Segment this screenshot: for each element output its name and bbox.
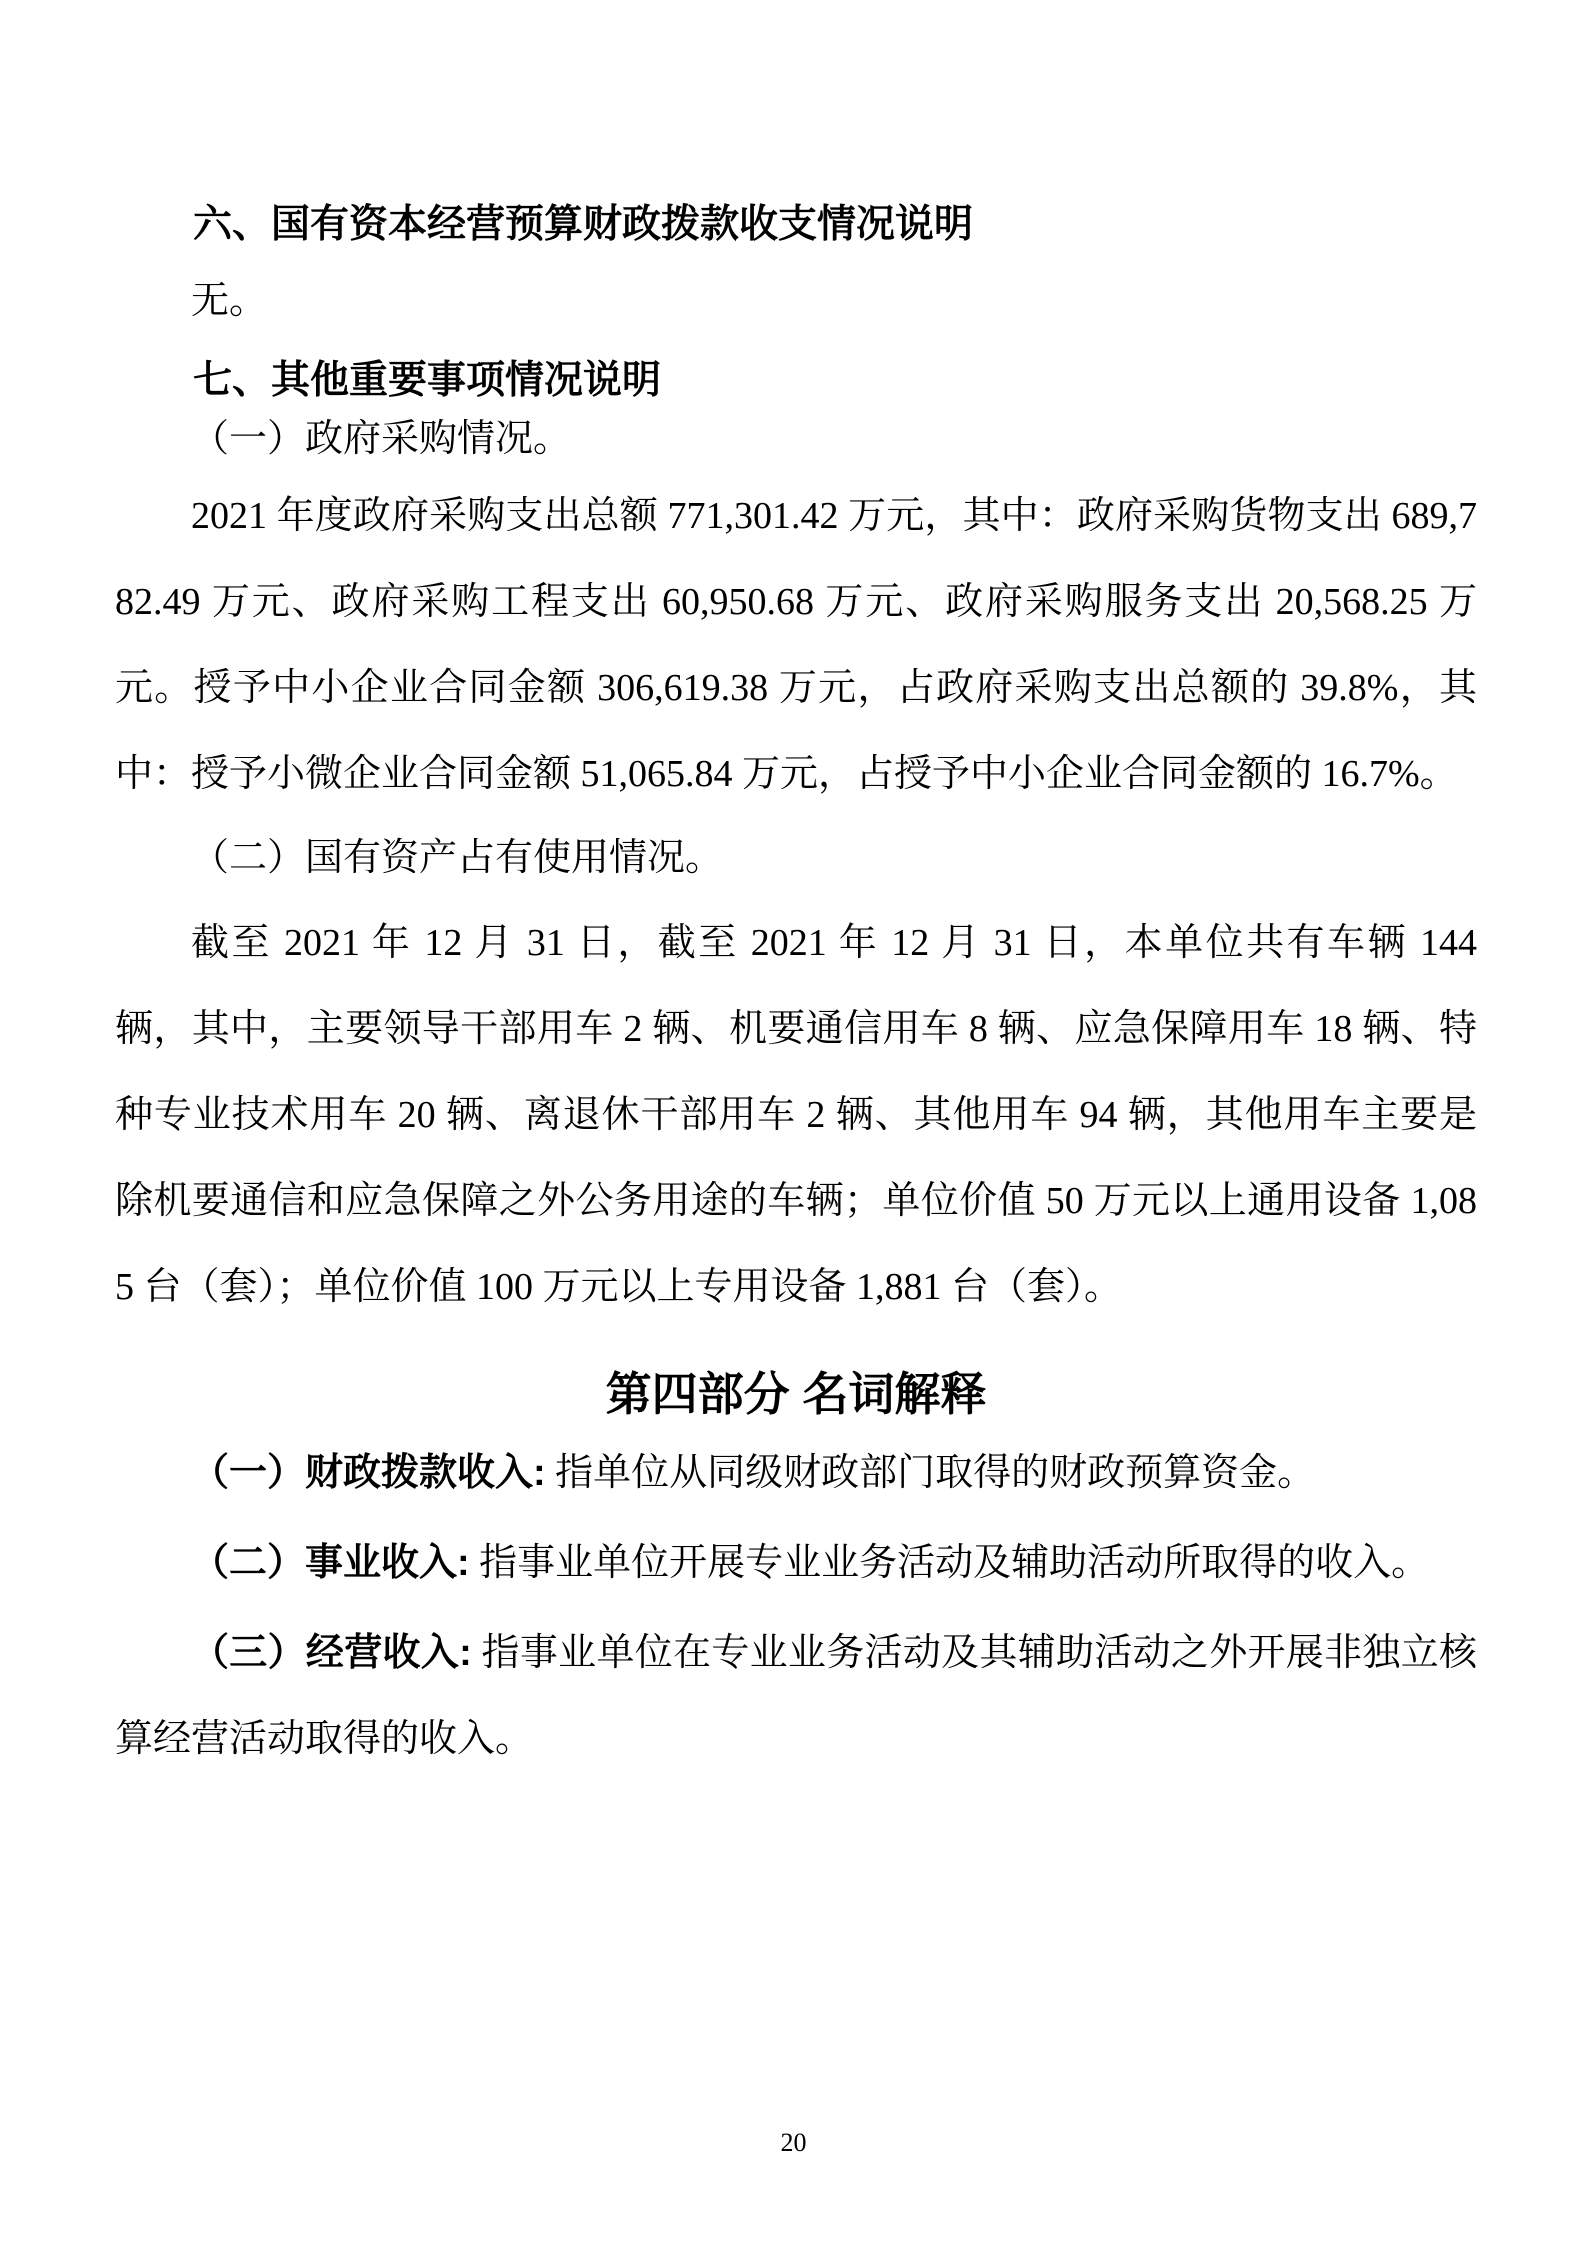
definition-business-income: （二）事业收入: 指事业单位开展专业业务活动及辅助活动所取得的收入。: [115, 1520, 1477, 1606]
page-number: 20: [0, 2128, 1587, 2158]
none-text: 无。: [115, 274, 1477, 329]
definition-operating-income: （三）经营收入: 指事业单位在专业业务活动及其辅助活动之外开展非独立核算经营活动…: [115, 1610, 1477, 1782]
section-heading-seven: 七、其他重要事项情况说明: [115, 353, 1477, 408]
assets-paragraph: 截至 2021 年 12 月 31 日，截至 2021 年 12 月 31 日，…: [115, 900, 1477, 1330]
definition-operating-income-term: （三）经营收入:: [191, 1632, 472, 1674]
definition-fiscal-income-text: 指单位从同级财政部门取得的财政预算资金。: [546, 1452, 1316, 1494]
definition-fiscal-income: （一）财政拨款收入: 指单位从同级财政部门取得的财政预算资金。: [115, 1430, 1477, 1516]
procurement-paragraph: 2021 年度政府采购支出总额 771,301.42 万元，其中：政府采购货物支…: [115, 473, 1477, 817]
section-heading-six: 六、国有资本经营预算财政拨款收支情况说明: [115, 197, 1477, 252]
part-four-heading: 第四部分 名词解释: [115, 1362, 1477, 1426]
definition-business-income-text: 指事业单位开展专业业务活动及辅助活动所取得的收入。: [470, 1542, 1430, 1584]
definition-business-income-term: （二）事业收入:: [191, 1542, 470, 1584]
subsection-title-assets: （二）国有资产占有使用情况。: [115, 831, 1477, 886]
document-content: 六、国有资本经营预算财政拨款收支情况说明 无。 七、其他重要事项情况说明 （一）…: [115, 197, 1477, 1782]
subsection-title-procurement: （一）政府采购情况。: [115, 412, 1477, 467]
definition-fiscal-income-term: （一）财政拨款收入:: [191, 1452, 546, 1494]
document-page: 六、国有资本经营预算财政拨款收支情况说明 无。 七、其他重要事项情况说明 （一）…: [0, 0, 1587, 2245]
